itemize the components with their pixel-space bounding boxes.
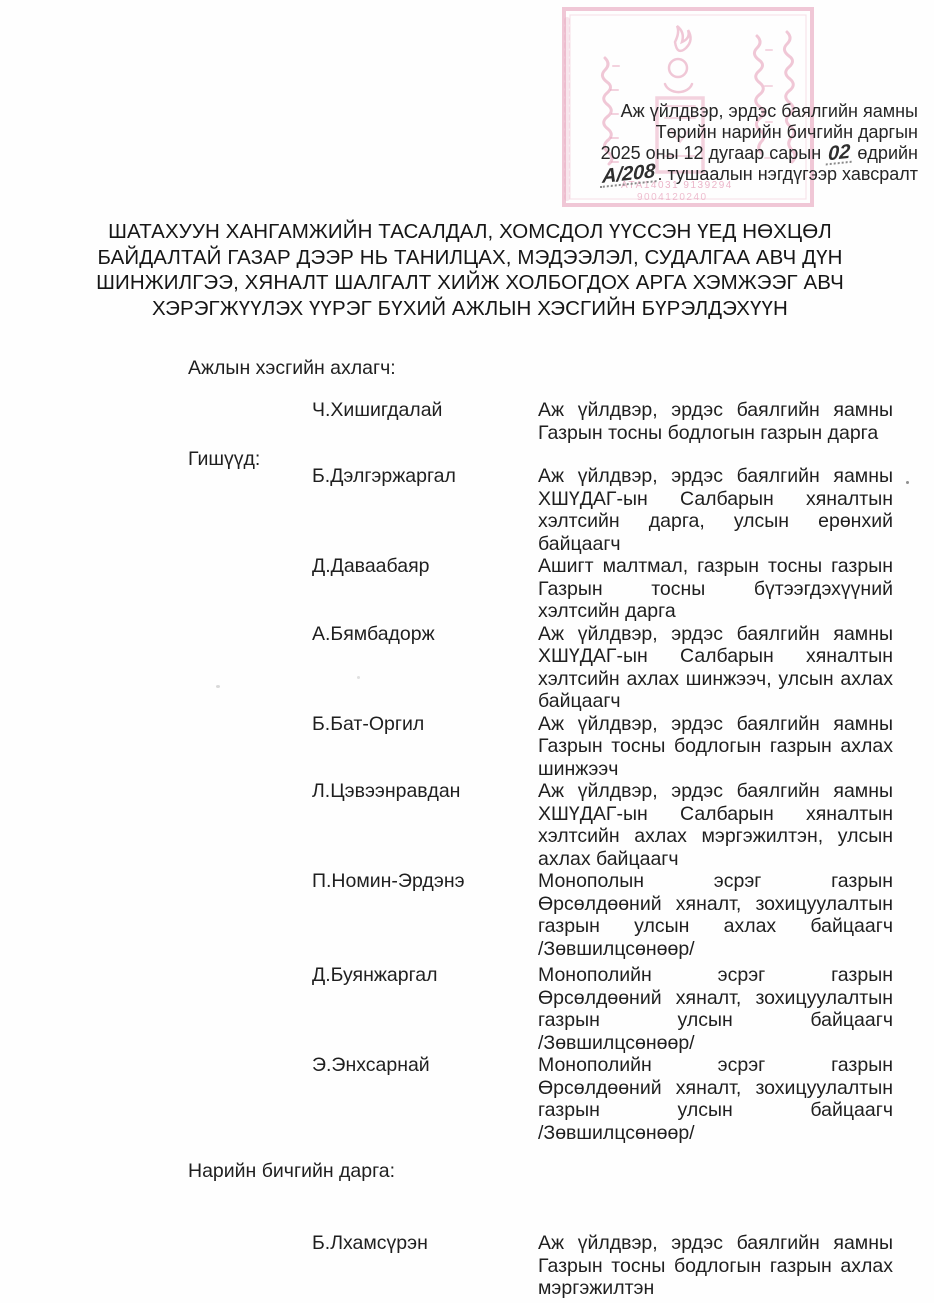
member-row: Б.Бат-Оргил Аж үйлдвэр, эрдэс баялгийн я… — [312, 713, 893, 781]
member-row: Б.Лхамсүрэн Аж үйлдвэр, эрдэс баялгийн я… — [312, 1232, 893, 1300]
member-title: Аж үйлдвэр, эрдэс баялгийн яамныГазрын т… — [538, 1232, 893, 1300]
member-row: П.Номин-Эрдэнэ Монополын эсрэг газрынӨрс… — [312, 870, 893, 960]
section-label-secretary: Нарийн бичгийн дарга: — [188, 1160, 395, 1183]
member-title: Аж үйлдвэр, эрдэс баялгийн яамныХШҮДАГ-ы… — [538, 623, 893, 713]
handwritten-day: 02 — [826, 143, 853, 166]
appendix-header-line4: А/208. тушаалын нэгдүгээр хавсралт — [600, 164, 918, 185]
member-name: Ч.Хишигдалай — [312, 399, 538, 422]
appendix-header: Аж үйлдвэр, эрдэс баялгийн яамны Төрийн … — [600, 101, 918, 185]
stamp-registry-number-line2: 9004120240 — [637, 192, 708, 203]
section-label-leader: Ажлын хэсгийн ахлагч: — [188, 357, 396, 380]
member-title: Аж үйлдвэр, эрдэс баялгийн яамныХШҮДАГ-ы… — [538, 780, 893, 870]
document-page: АТА14031 9139294 9004120240 Аж үйлдвэр, … — [0, 0, 934, 1303]
member-row: Ч.Хишигдалай Аж үйлдвэр, эрдэс баялгийн … — [312, 399, 893, 444]
member-name: Б.Бат-Оргил — [312, 713, 538, 736]
member-name: Э.Энхсарнай — [312, 1054, 538, 1077]
member-title: Аж үйлдвэр, эрдэс баялгийн яамныГазрын т… — [538, 713, 893, 781]
member-title: Аж үйлдвэр, эрдэс баялгийн яамныГазрын т… — [538, 399, 893, 444]
member-row: Д.Буянжаргал Монополийн эсрэг газрынӨрсө… — [312, 964, 893, 1054]
section-label-members: Гишүүд: — [188, 448, 260, 471]
appendix-order-suffix: . тушаалын нэгдүгээр хавсралт — [657, 164, 918, 184]
members-list: Ч.Хишигдалай Аж үйлдвэр, эрдэс баялгийн … — [312, 399, 893, 1144]
appendix-date-text: 2025 оны 12 дугаар сарын — [601, 143, 822, 163]
member-row: Л.Цэвээнравдан Аж үйлдвэр, эрдэс баялгий… — [312, 780, 893, 870]
appendix-header-line2: Төрийн нарийн бичгийн даргын — [600, 122, 918, 143]
member-row: А.Бямбадорж Аж үйлдвэр, эрдэс баялгийн я… — [312, 623, 893, 713]
member-name: Б.Дэлгэржаргал — [312, 465, 538, 488]
member-name: П.Номин-Эрдэнэ — [312, 870, 538, 893]
appendix-day-suffix: өдрийн — [857, 143, 918, 163]
scan-speck — [216, 685, 220, 688]
member-title: Монополийн эсрэг газрынӨрсөлдөөний хянал… — [538, 964, 893, 1054]
member-row: Б.Дэлгэржаргал Аж үйлдвэр, эрдэс баялгий… — [312, 465, 893, 555]
member-name: Б.Лхамсүрэн — [312, 1232, 538, 1255]
secretary-row: Б.Лхамсүрэн Аж үйлдвэр, эрдэс баялгийн я… — [312, 1232, 893, 1300]
document-title: ШАТАХУУН ХАНГАМЖИЙН ТАСАЛДАЛ, ХОМСДОЛ ҮҮ… — [40, 219, 900, 321]
member-row: Д.Даваабаяр Ашигт малтмал, газрын тосны … — [312, 555, 893, 623]
member-name: Л.Цэвээнравдан — [312, 780, 538, 803]
member-name: А.Бямбадорж — [312, 623, 538, 646]
handwritten-order-number: А/208 — [600, 162, 658, 188]
member-title: Монополийн эсрэг газрынӨрсөлдөөний хянал… — [538, 1054, 893, 1144]
member-name: Д.Буянжаргал — [312, 964, 538, 987]
member-title: Монополын эсрэг газрынӨрсөлдөөний хяналт… — [538, 870, 893, 960]
member-name: Д.Даваабаяр — [312, 555, 538, 578]
appendix-header-line1: Аж үйлдвэр, эрдэс баялгийн яамны — [600, 101, 918, 122]
member-title: Ашигт малтмал, газрын тосны газрынГазрын… — [538, 555, 893, 623]
member-row: Э.Энхсарнай Монополийн эсрэг газрынӨрсөл… — [312, 1054, 893, 1144]
scan-speck — [357, 676, 360, 679]
member-title: Аж үйлдвэр, эрдэс баялгийн яамныХШҮДАГ-ы… — [538, 465, 893, 555]
scan-speck — [906, 481, 909, 484]
